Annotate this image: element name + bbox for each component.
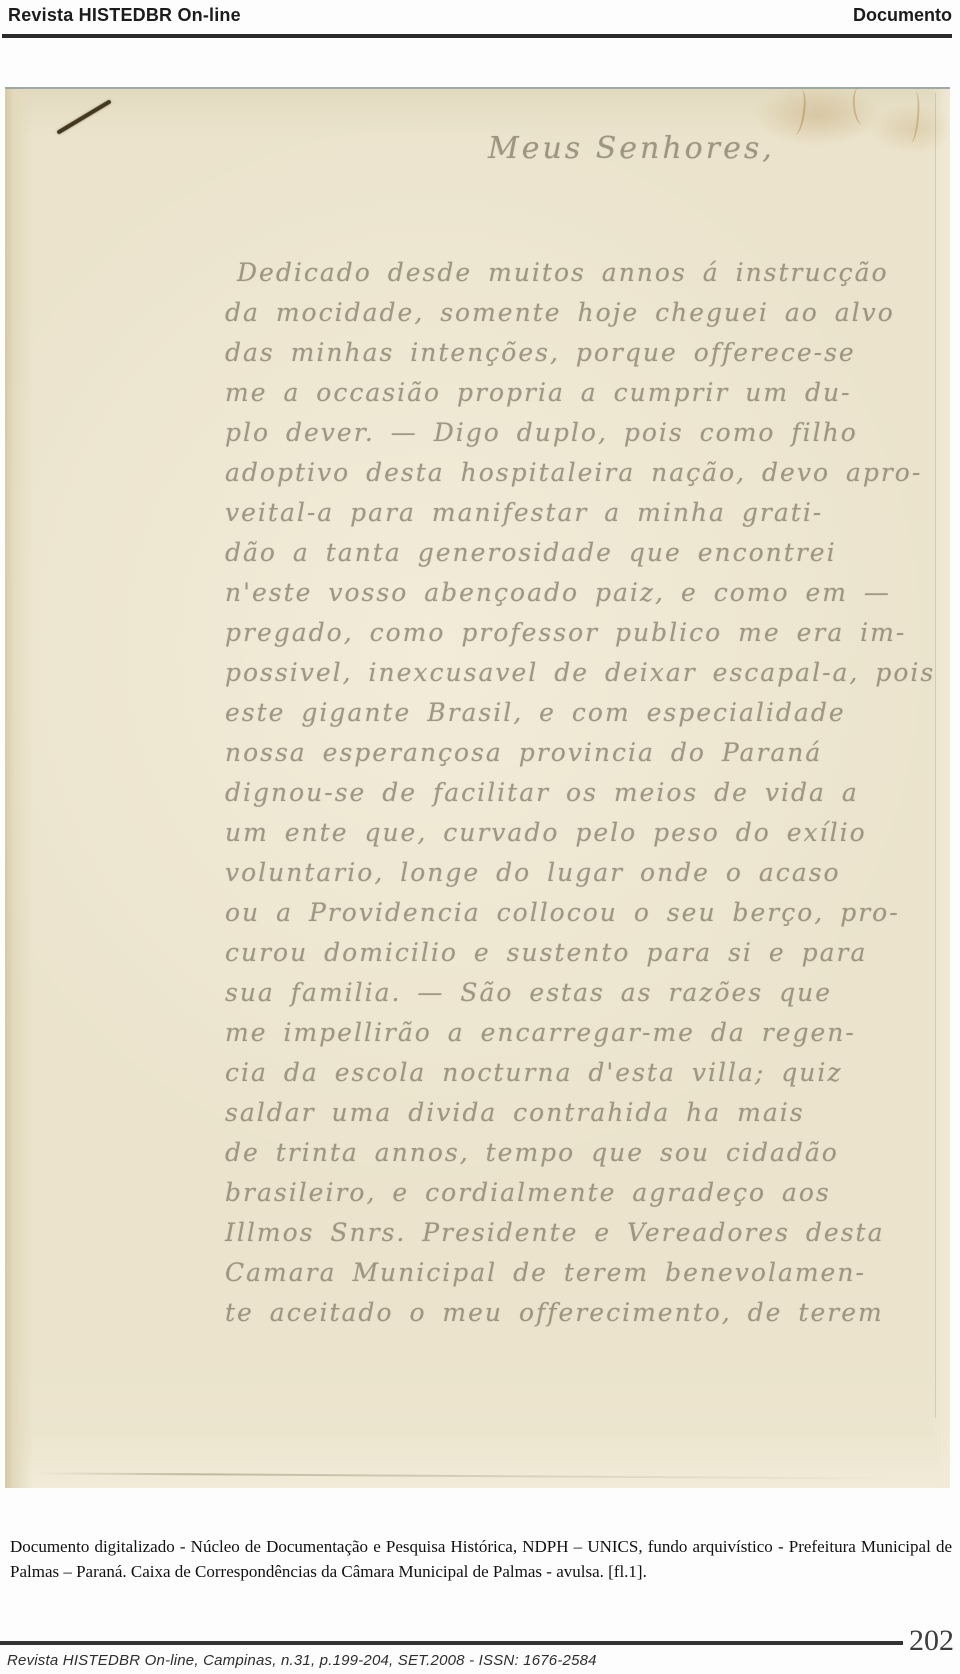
- manuscript-line: veital-a para manifestar a minha grati-: [225, 493, 915, 533]
- manuscript-line: me impellirão a encarregar-me da regen-: [225, 1013, 915, 1053]
- manuscript-body: Dedicado desde muitos annos á instrucção…: [225, 253, 915, 1333]
- manuscript-line: saldar uma divida contrahida ha mais: [225, 1093, 915, 1133]
- manuscript-line: Camara Municipal de terem benevolamen-: [225, 1253, 915, 1293]
- header-rule: [2, 34, 952, 38]
- paper-stain: [905, 91, 921, 144]
- manuscript-salutation: Meus Senhores,: [488, 131, 775, 166]
- manuscript-line: da mocidade, somente hoje cheguei ao alv…: [225, 293, 915, 333]
- manuscript-line: me a occasião propria a cumprir um du-: [225, 373, 915, 413]
- manuscript-line: das minhas intenções, porque offerece-se: [225, 333, 915, 373]
- manuscript-line: curou domicilio e sustento para si e par…: [225, 933, 915, 973]
- journal-title: Revista HISTEDBR On-line: [8, 5, 241, 26]
- manuscript-line: pregado, como professor publico me era i…: [225, 613, 915, 653]
- manuscript-line: te aceitado o meu offerecimento, de tere…: [225, 1293, 915, 1333]
- manuscript-line: nossa esperançosa provincia do Paraná: [225, 733, 915, 773]
- manuscript-line: sua familia. — São estas as razões que: [225, 973, 915, 1013]
- manuscript-line: brasileiro, e cordialmente agradeço aos: [225, 1173, 915, 1213]
- manuscript-scan: Meus Senhores, Dedicado desde muitos ann…: [5, 87, 950, 1488]
- page-number: 202: [909, 1624, 954, 1658]
- footer-citation: Revista HISTEDBR On-line, Campinas, n.31…: [7, 1652, 597, 1669]
- journal-page: Revista HISTEDBR On-line Documento Meus …: [0, 0, 960, 1674]
- footer-rule: [0, 1641, 903, 1645]
- manuscript-line: cia da escola nocturna d'esta villa; qui…: [225, 1053, 915, 1093]
- section-label: Documento: [853, 5, 952, 26]
- manuscript-line: Dedicado desde muitos annos á instrucção: [225, 253, 915, 293]
- manuscript-line: de trinta annos, tempo que sou cidadão: [225, 1133, 915, 1173]
- pen-mark: [56, 99, 111, 134]
- manuscript-line: plo dever. — Digo duplo, pois como filho: [225, 413, 915, 453]
- manuscript-line: voluntario, longe do lugar onde o acaso: [225, 853, 915, 893]
- manuscript-line: este gigante Brasil, e com especialidade: [225, 693, 915, 733]
- manuscript-line: um ente que, curvado pelo peso do exílio: [225, 813, 915, 853]
- manuscript-line: possivel, inexcusavel de deixar escapal-…: [225, 653, 915, 693]
- scan-edge-line: [5, 87, 950, 89]
- manuscript-line: Illmos Snrs. Presidente e Vereadores des…: [225, 1213, 915, 1253]
- paper-stain: [788, 88, 808, 136]
- paper-crease: [935, 93, 936, 1418]
- manuscript-line: ou a Providencia collocou o seu berço, p…: [225, 893, 915, 933]
- manuscript-line: adoptivo desta hospitaleira nação, devo …: [225, 453, 915, 493]
- paper-stain: [851, 86, 871, 125]
- manuscript-line: n'este vosso abençoado paiz, e como em —: [225, 573, 915, 613]
- scan-caption: Documento digitalizado - Núcleo de Docum…: [10, 1534, 952, 1584]
- manuscript-line: dignou-se de facilitar os meios de vida …: [225, 773, 915, 813]
- manuscript-line: dão a tanta generosidade que encontrei: [225, 533, 915, 573]
- paper-crease: [33, 1472, 912, 1479]
